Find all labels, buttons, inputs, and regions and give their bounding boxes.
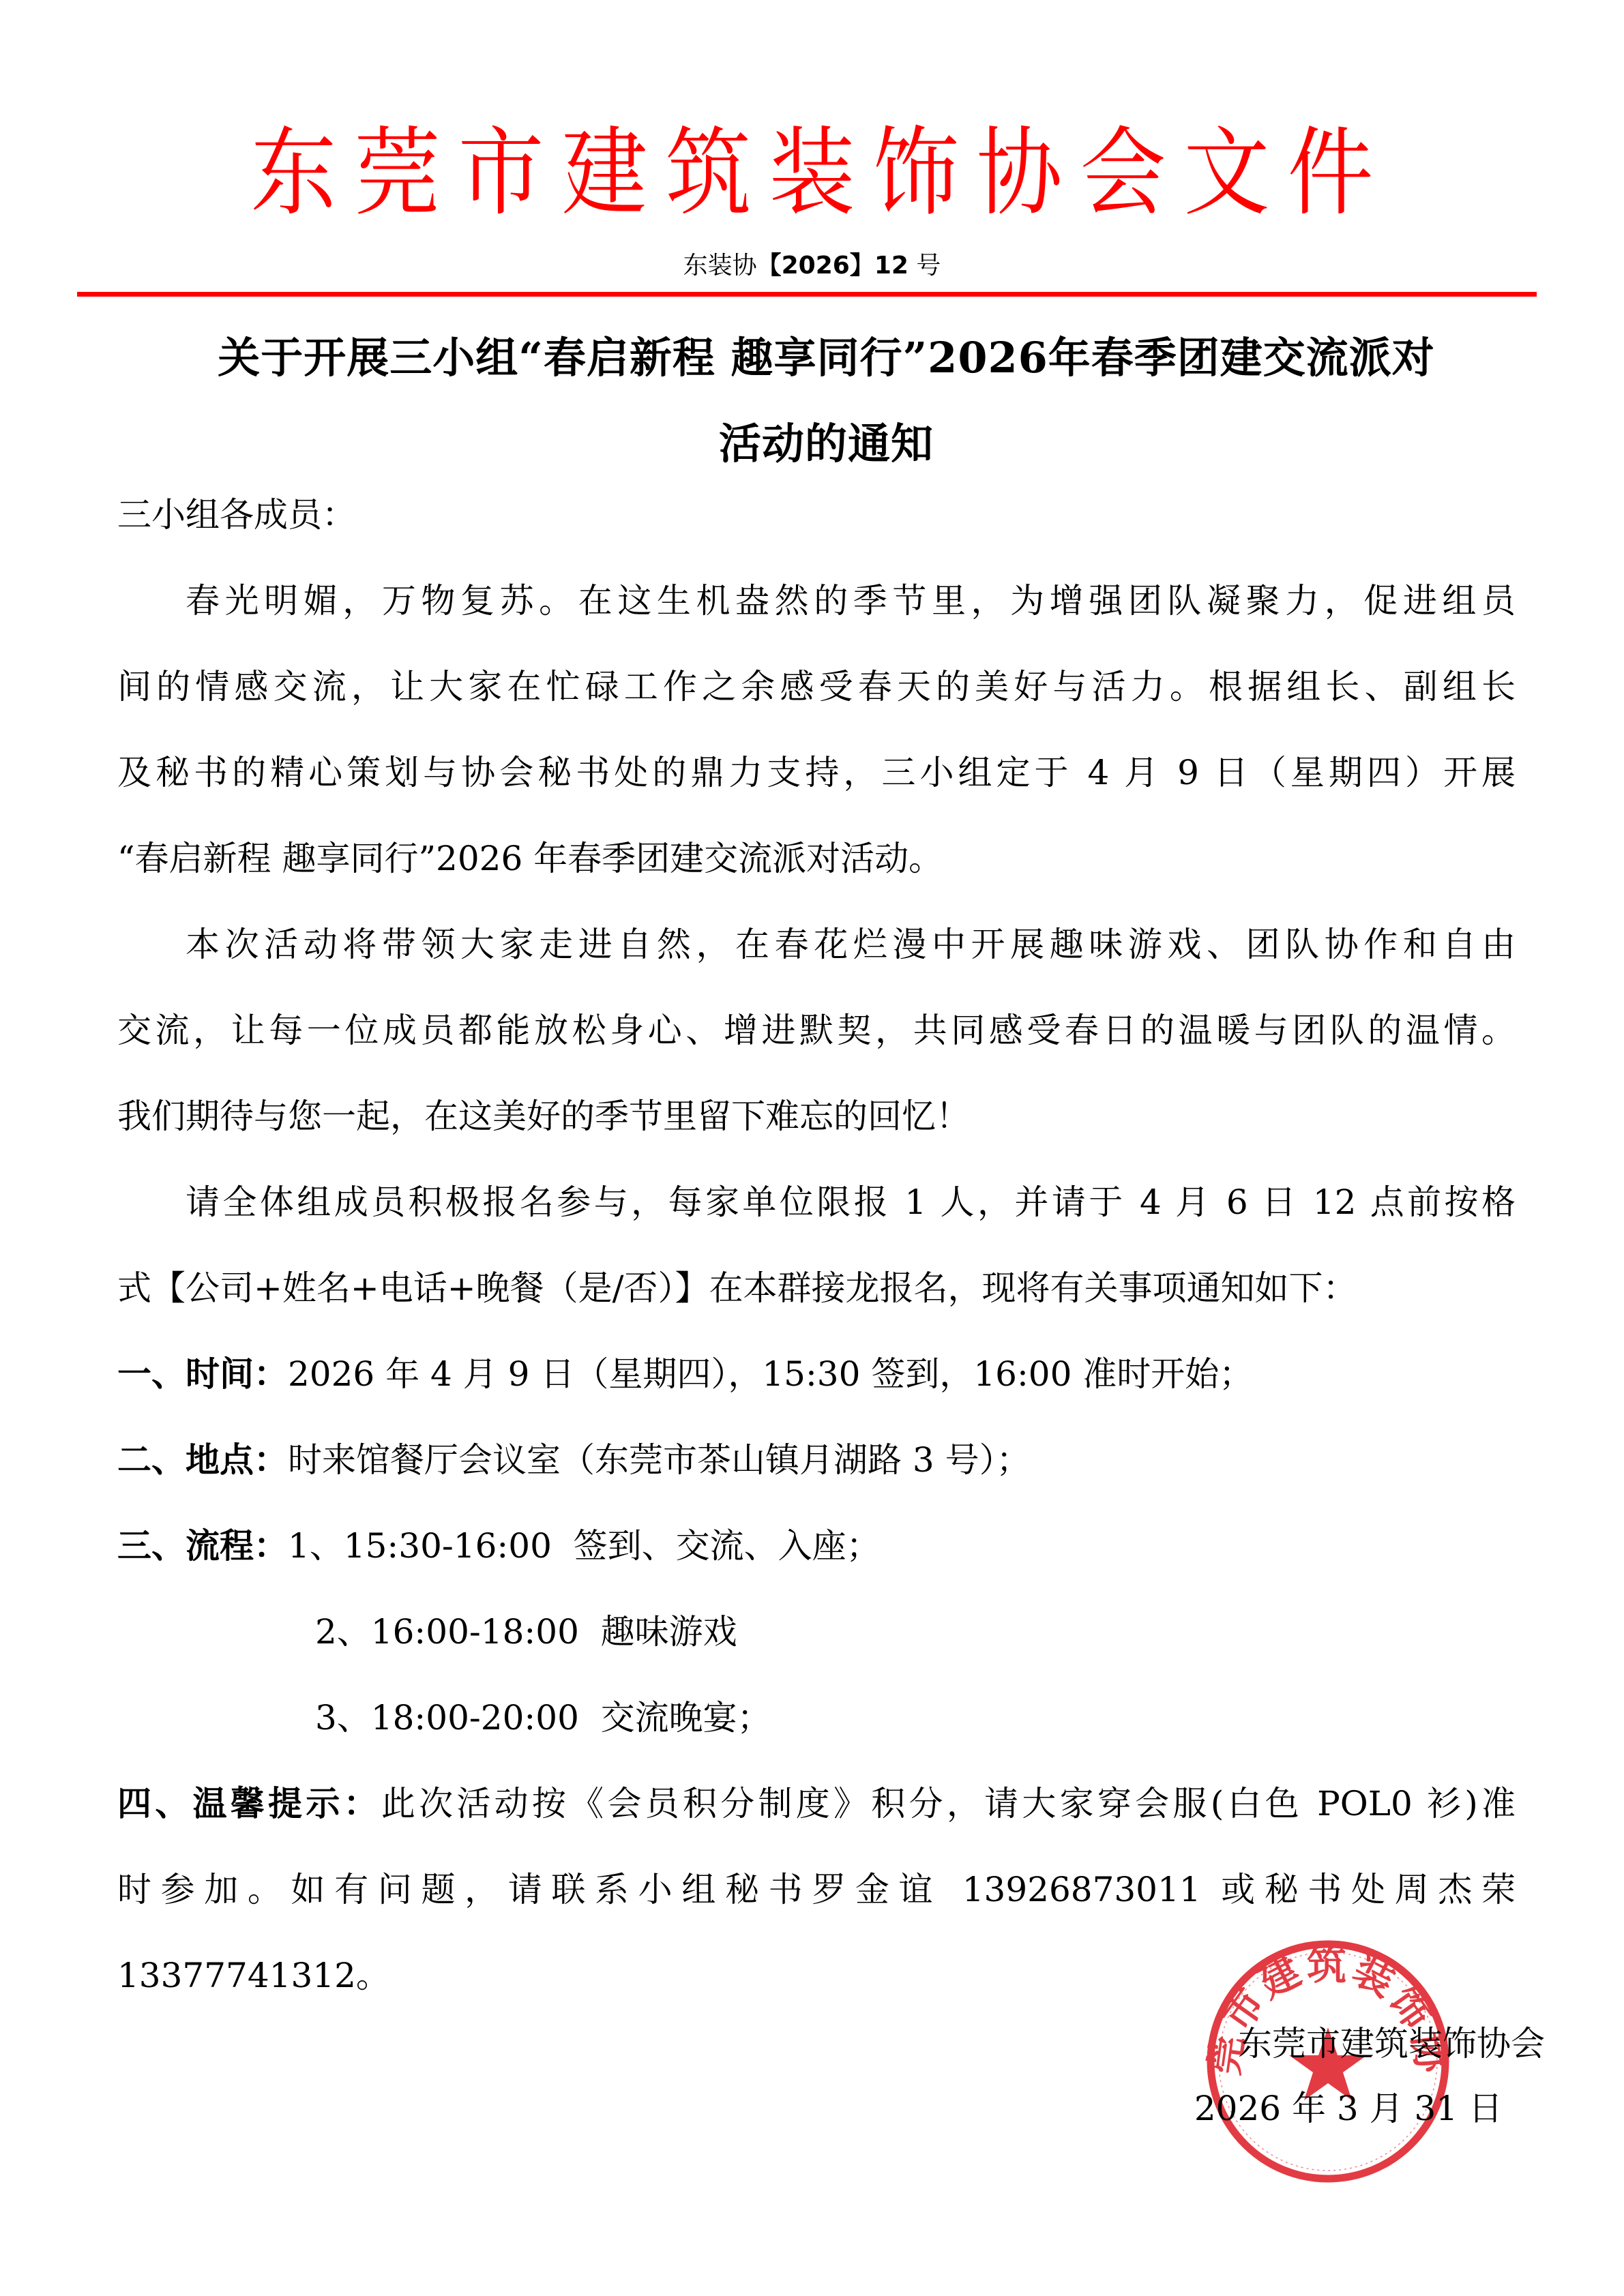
item-tips-line-2: 时参加。如有问题，请联系小组秘书罗金谊 13926873011 或秘书处周杰荣 [117,1847,1516,1933]
signature-block: 东莞市建筑装饰协会 2026 年 3 月 31 日 [1163,2012,1545,2141]
paragraph-2-line-2: 交流，让每一位成员都能放松身心、增进默契，共同感受春日的温暖与团队的温情。 [117,987,1516,1073]
paragraph-2-line-3: 我们期待与您一起，在这美好的季节里留下难忘的回忆！ [117,1073,970,1159]
process-step-3: 3、18:00-20:00 交流晚宴； [315,1675,771,1761]
item-time: 一、时间：2026 年 4 月 9 日（星期四），15:30 签到，16:00 … [117,1331,1253,1417]
process-step-2: 2、16:00-18:00 趣味游戏 [315,1589,737,1675]
paragraph-1-line-4: “春启新程 趣享同行”2026 年春季团建交流派对活动。 [117,816,943,901]
item-process-label: 三、流程： [117,1525,288,1566]
item-place-text: 时来馆餐厅会议室（东莞市茶山镇月湖路 3 号）； [288,1440,1031,1480]
paragraph-3-line-2: 式【公司+姓名+电话+晚餐（是/否）】在本群接龙报名，现将有关事项通知如下： [117,1245,1357,1331]
item-process: 三、流程：1、15:30-16:00 签到、交流、入座； [117,1503,881,1589]
paragraph-1-line-3: 及秘书的精心策划与协会秘书处的鼎力支持，三小组定于 4 月 9 日（星期四）开展 [117,730,1516,816]
item-tips-text-1: 此次活动按《会员积分制度》积分，请大家穿会服(白色 POL0 衫)准 [381,1784,1516,1823]
paragraph-1-line-2: 间的情感交流，让大家在忙碌工作之余感受春天的美好与活力。根据组长、副组长 [117,644,1516,730]
item-tips-line-1: 四、温馨提示：此次活动按《会员积分制度》积分，请大家穿会服(白色 POL0 衫)… [117,1761,1516,1847]
document-page: 东莞市建筑装饰协会文件 东装协【2026】12 号 关于开展三小组“春启新程 趣… [0,0,1624,2296]
item-tips-label: 四、温馨提示： [117,1783,381,1823]
item-place-label: 二、地点： [117,1440,288,1480]
paragraph-3-line-1: 请全体组成员积极报名参与，每家单位限报 1 人，并请于 4 月 6 日 12 点… [117,1159,1516,1245]
paragraph-2-line-1: 本次活动将带领大家走进自然，在春花烂漫中开展趣味游戏、团队协作和自由 [117,901,1516,987]
item-place: 二、地点：时来馆餐厅会议室（东莞市茶山镇月湖路 3 号）； [117,1417,1031,1503]
signature-organization: 东莞市建筑装饰协会 [1163,2012,1545,2076]
salutation: 三小组各成员： [117,472,356,558]
paragraph-1-line-1: 春光明媚，万物复苏。在这生机盎然的季节里，为增强团队凝聚力，促进组员 [117,558,1516,644]
item-time-text: 2026 年 4 月 9 日（星期四），15:30 签到，16:00 准时开始； [288,1354,1253,1394]
item-tips-line-3: 13377741312。 [117,1933,390,2018]
process-step-1: 1、15:30-16:00 签到、交流、入座； [288,1526,881,1566]
item-time-label: 一、时间： [117,1354,288,1394]
signature-date: 2026 年 3 月 31 日 [1163,2076,1545,2141]
